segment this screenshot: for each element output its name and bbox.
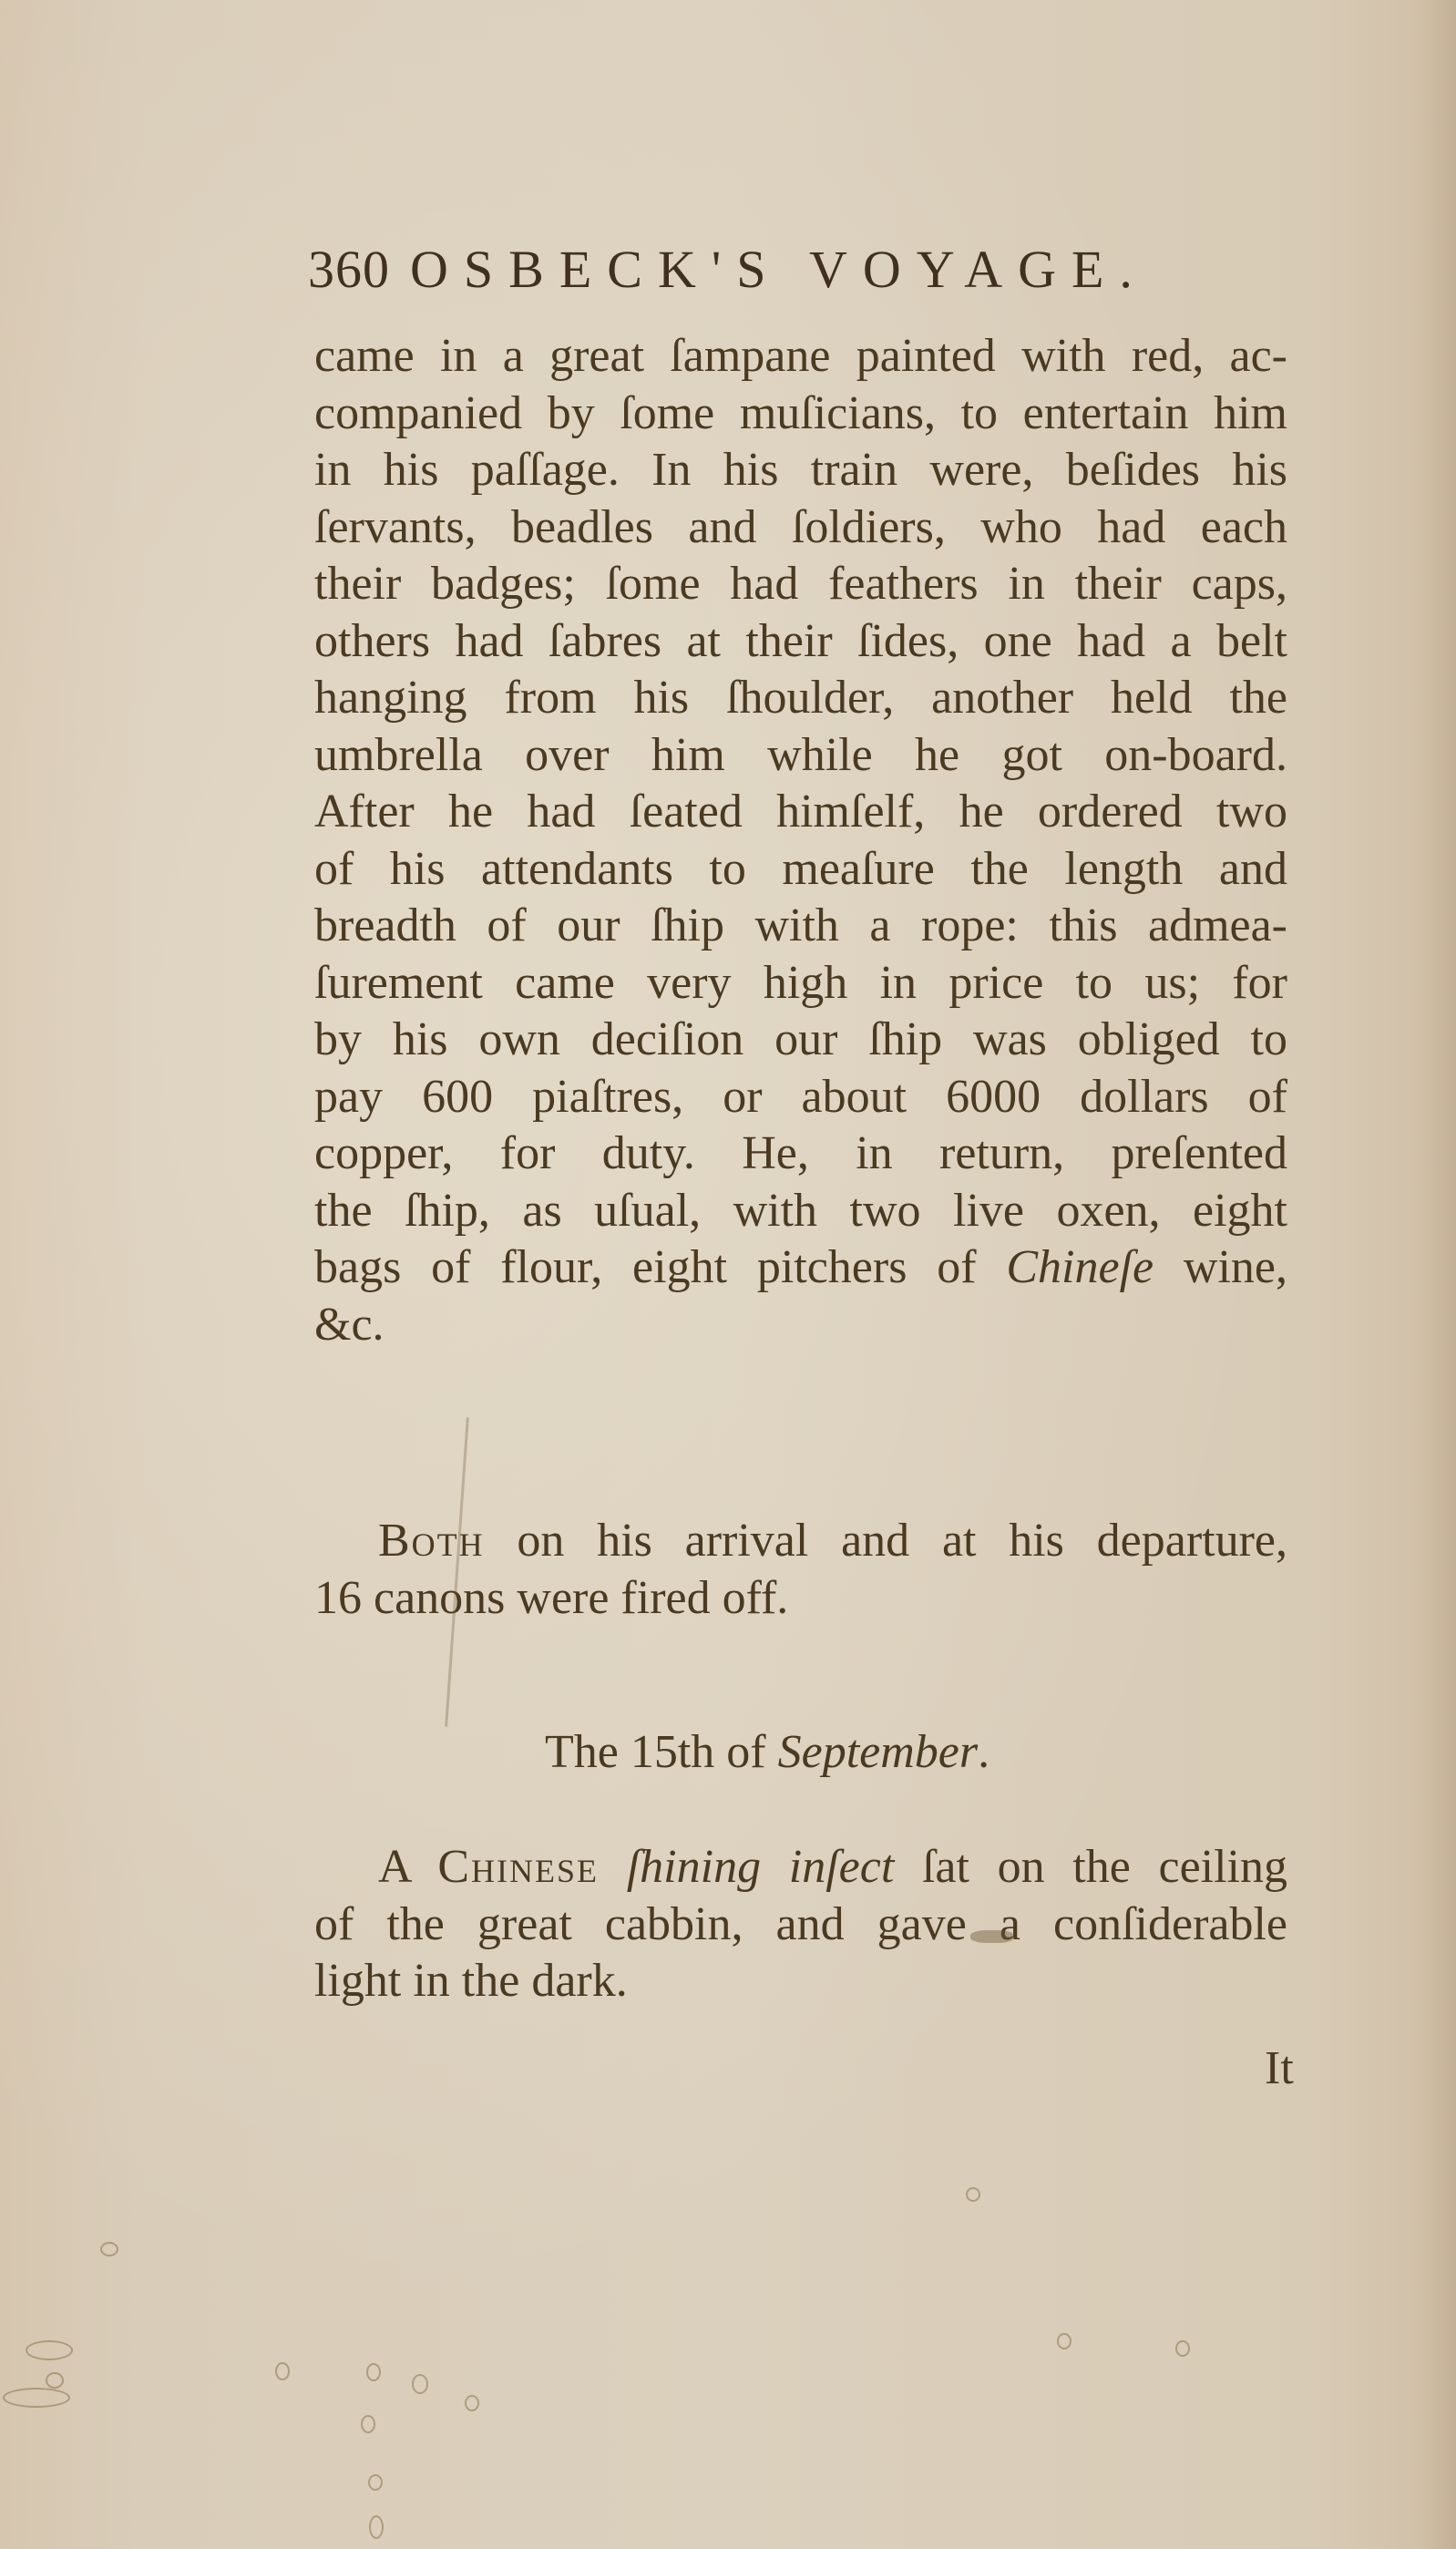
- italic-phrase: ſhining inſect: [627, 1841, 895, 1893]
- date-prefix: The 15th of: [545, 1726, 778, 1778]
- text-line: in his paſſage. In his train were, beſid…: [314, 442, 1287, 499]
- text-line: ſervants, beadles and ſoldiers, who had …: [314, 499, 1287, 557]
- text-line: After he had ſeated himſelf, he ordered …: [314, 784, 1287, 841]
- text-line: pay 600 piaſtres, or about 6000 dollars …: [314, 1069, 1287, 1126]
- page-edge-shadow: [1420, 0, 1456, 2549]
- paper-stain: [1057, 2333, 1071, 2349]
- text-line: light in the dark.: [314, 1953, 1287, 2010]
- text-line: of the great cabbin, and gave a conſider…: [314, 1896, 1287, 1954]
- paper-stain: [275, 2362, 290, 2380]
- paragraph-1: came in a great ſampane painted with red…: [314, 328, 1287, 1353]
- text-line: breadth of our ſhip with a rope: this ad…: [314, 898, 1287, 955]
- running-head: OSBECK'S VOYAGE.: [410, 239, 1148, 300]
- small-caps-lead: Both: [378, 1515, 485, 1567]
- text-fragment: ſat on the ceiling: [894, 1841, 1287, 1893]
- text-fragment: bags of flour, eight pitchers of: [314, 1241, 1006, 1293]
- book-page: 360 OSBECK'S VOYAGE. came in a great ſam…: [0, 0, 1456, 2549]
- paper-stain: [100, 2242, 118, 2256]
- text-fragment: wine,: [1154, 1241, 1287, 1293]
- date-heading: The 15th of September.: [545, 1725, 989, 1779]
- text-line: A Chinese ſhining inſect ſat on the ceil…: [314, 1839, 1287, 1896]
- paper-stain: [366, 2363, 381, 2381]
- page-number: 360: [308, 239, 390, 300]
- date-month: September: [778, 1726, 978, 1778]
- date-suffix: .: [978, 1726, 989, 1778]
- italic-word: Chineſe: [1006, 1241, 1154, 1293]
- text-fragment: A: [378, 1841, 437, 1893]
- paper-stain: [26, 2340, 73, 2360]
- text-line: by his own deciſion our ſhip was obliged…: [314, 1012, 1287, 1069]
- page-header: 360 OSBECK'S VOYAGE.: [308, 239, 1310, 312]
- text-line: the ſhip, as uſual, with two live oxen, …: [314, 1183, 1287, 1240]
- text-fragment: on his arrival and at his departure,: [485, 1515, 1287, 1567]
- text-line: others had ſabres at their ſides, one ha…: [314, 613, 1287, 671]
- paper-stain: [1175, 2340, 1190, 2357]
- paper-stain: [368, 2474, 383, 2491]
- text-line: ſurement came very high in price to us; …: [314, 955, 1287, 1012]
- paper-stain: [412, 2374, 428, 2394]
- text-line: &c.: [314, 1297, 1287, 1354]
- paragraph-3: A Chinese ſhining inſect ſat on the ceil…: [314, 1839, 1287, 2010]
- text-line: umbrella over him while he got on-board.: [314, 727, 1287, 785]
- paper-stain: [46, 2372, 64, 2389]
- small-caps-lead: Chinese: [437, 1841, 599, 1893]
- text-line: came in a great ſampane painted with red…: [314, 328, 1287, 385]
- paper-stain: [966, 2187, 980, 2202]
- text-line: copper, for duty. He, in return, preſent…: [314, 1125, 1287, 1183]
- text-line: their badges; ſome had feathers in their…: [314, 556, 1287, 613]
- paper-stain: [369, 2515, 384, 2539]
- paper-stain: [465, 2395, 479, 2411]
- text-line: bags of flour, eight pitchers of Chineſe…: [314, 1239, 1287, 1297]
- text-line: of his attendants to meaſure the length …: [314, 841, 1287, 899]
- text-line: hanging from his ſhoulder, another held …: [314, 670, 1287, 727]
- paper-stain: [361, 2415, 375, 2433]
- catchword: It: [1265, 2041, 1294, 2095]
- paper-stain: [3, 2388, 70, 2408]
- ink-smudge: [970, 1930, 1014, 1943]
- text-line: companied by ſome muſicians, to entertai…: [314, 385, 1287, 443]
- text-line: 16 canons were fired off.: [314, 1570, 1287, 1628]
